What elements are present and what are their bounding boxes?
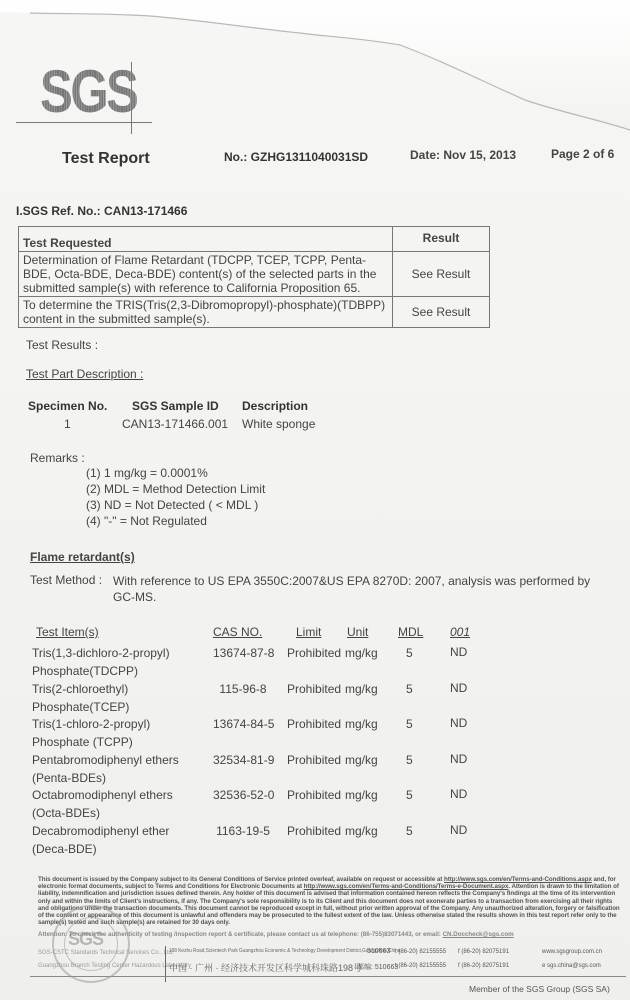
test-description: To determine the TRIS(Tris(2,3-Dibromopr… [19,297,393,328]
mdl-value: 5 [406,824,413,838]
sgs-ref-number: I.SGS Ref. No.: CAN13-171466 [16,204,187,218]
test-item-abbreviation: (Octa-BDEs) [32,804,100,822]
remark-item: (2) MDL = Method Detection Limit [86,482,265,496]
limit-value: Prohibited [287,824,341,838]
cas-number: 13674-87-8 [213,646,273,660]
doccheck-email-link[interactable]: CN.Doccheck@sgs.com [443,931,514,938]
report-title: Test Report [62,150,150,168]
header-result: Result [393,227,490,252]
address-chinese: 中国 · 广州 · 经济技术开发区科学城科珠路198号 [169,961,362,974]
fax: f (86-20) 82075191 [458,963,509,969]
header-test-requested: Test Requested [19,227,393,252]
page-indicator: Page 2 of 6 [551,147,614,161]
document-page: SGS Test Report No.: GZHG1311040031SD Da… [0,0,630,1000]
cas-number: 32536-52-0 [213,788,273,802]
test-item-abbreviation: Phosphate(TCEP) [32,698,129,716]
result-value: ND [450,823,467,837]
test-requested-table: Test Requested Result Determination of F… [18,226,490,328]
table-row: Determination of Flame Retardant (TDCPP,… [19,252,490,297]
cas-number: 1163-19-5 [213,824,273,838]
unit-value: mg/kg [345,788,378,802]
cas-number: 13674-84-5 [213,717,273,731]
limit-value: Prohibited [287,717,341,731]
limit-value: Prohibited [287,682,341,696]
remark-item: (1) 1 mg/kg = 0.0001% [86,466,208,480]
description-value: White sponge [242,417,315,431]
test-part-description-label: Test Part Description : [26,367,143,381]
test-item-abbreviation: (Penta-BDEs) [32,769,106,787]
header-test-items: Test Item(s) [36,625,99,639]
limit-value: Prohibited [287,646,341,660]
test-item-name: Pentabromodiphenyl ethers [32,751,179,769]
result-value: ND [450,681,467,695]
cas-number: 32534-81-9 [213,753,273,767]
table-row: To determine the TRIS(Tris(2,3-Dibromopr… [19,297,490,328]
specimen-no-value: 1 [64,417,71,431]
report-number: No.: GZHG1311040031SD [224,150,368,164]
telephone: t (86-20) 82155555 [395,963,446,969]
postcode-english: 510663 [367,948,390,955]
header-cas-no: CAS NO. [213,625,262,639]
result-value: ND [450,645,467,659]
mdl-value: 5 [406,646,413,660]
unit-value: mg/kg [345,753,378,767]
footer-rule [30,976,626,977]
disclaimer-text: This document is issued by the Company s… [38,876,444,883]
mdl-value: 5 [406,788,413,802]
remark-item: (3) ND = Not Detected ( < MDL ) [86,498,258,512]
header-unit: Unit [347,625,368,639]
result-value: ND [450,716,467,730]
table-header-row: Test Requested Result [19,227,490,252]
test-result: See Result [393,297,490,328]
result-value: ND [450,752,467,766]
test-description: Determination of Flame Retardant (TDCPP,… [19,252,393,297]
remark-item: (4) "-" = Not Regulated [86,514,207,528]
member-of-sgs-group: Member of the SGS Group (SGS SA) [469,984,610,994]
header-mdl: MDL [398,625,423,639]
header-limit: Limit [296,625,321,639]
company-seal-stamp: SGS [52,905,130,983]
test-method-text: With reference to US EPA 3550C:2007&US E… [113,573,613,605]
sgs-logo: SGS [40,62,137,122]
test-item-name: Tris(1,3-dichloro-2-propyl) [32,644,170,662]
section-title: Flame retardant(s) [30,550,135,564]
terms-electronic-link[interactable]: http://www.sgs.com/en/Terms-and-Conditio… [304,883,509,890]
sample-id-value: CAN13-171466.001 [122,417,228,431]
test-item-abbreviation: (Deca-BDE) [32,840,97,858]
telephone: t (86-20) 82155555 [395,949,446,955]
test-item-abbreviation: Phosphate (TCPP) [32,733,133,751]
unit-value: mg/kg [345,682,378,696]
specimen-no-header: Specimen No. [28,399,107,413]
seal-text: SGS [68,929,103,950]
fax: f (86-20) 82075191 [458,949,509,955]
test-method-label: Test Method : [30,573,102,587]
description-header: Description [242,399,308,413]
legal-disclaimer: This document is issued by the Company s… [38,876,623,926]
remarks-label: Remarks : [30,451,85,465]
mdl-value: 5 [406,682,413,696]
postcode-chinese: 邮编: 510663 [357,962,398,972]
test-item-abbreviation: Phosphate(TDCPP) [32,662,138,680]
limit-value: Prohibited [287,753,341,767]
mdl-value: 5 [406,717,413,731]
test-item-name: Tris(1-chloro-2-propyl) [32,715,150,733]
test-result: See Result [393,252,490,297]
test-results-label: Test Results : [26,338,98,352]
disclaimer-text: . Attention is drawn to the limitation o… [38,883,620,926]
test-item-name: Tris(2-chloroethyl) [32,680,128,698]
unit-value: mg/kg [345,646,378,660]
report-date: Date: Nov 15, 2013 [410,148,516,162]
cas-number: 115-96-8 [213,682,273,696]
limit-value: Prohibited [287,788,341,802]
test-item-name: Decabromodiphenyl ether [32,822,169,840]
logo-rule-vertical [131,62,132,134]
unit-value: mg/kg [345,824,378,838]
unit-value: mg/kg [345,717,378,731]
sample-id-header: SGS Sample ID [132,399,219,413]
website-link[interactable]: www.sgsgroup.com.cn [542,949,602,955]
address-english: 198 Kezhu Road,Scientech Park Guangzhou … [169,948,400,954]
china-email-link[interactable]: e sgs.china@sgs.com [542,963,601,969]
terms-link[interactable]: http://www.sgs.com/en/Terms-and-Conditio… [444,876,592,883]
result-value: ND [450,787,467,801]
header-sample-001: 001 [450,625,470,639]
test-item-name: Octabromodiphenyl ethers [32,786,173,804]
mdl-value: 5 [406,753,413,767]
